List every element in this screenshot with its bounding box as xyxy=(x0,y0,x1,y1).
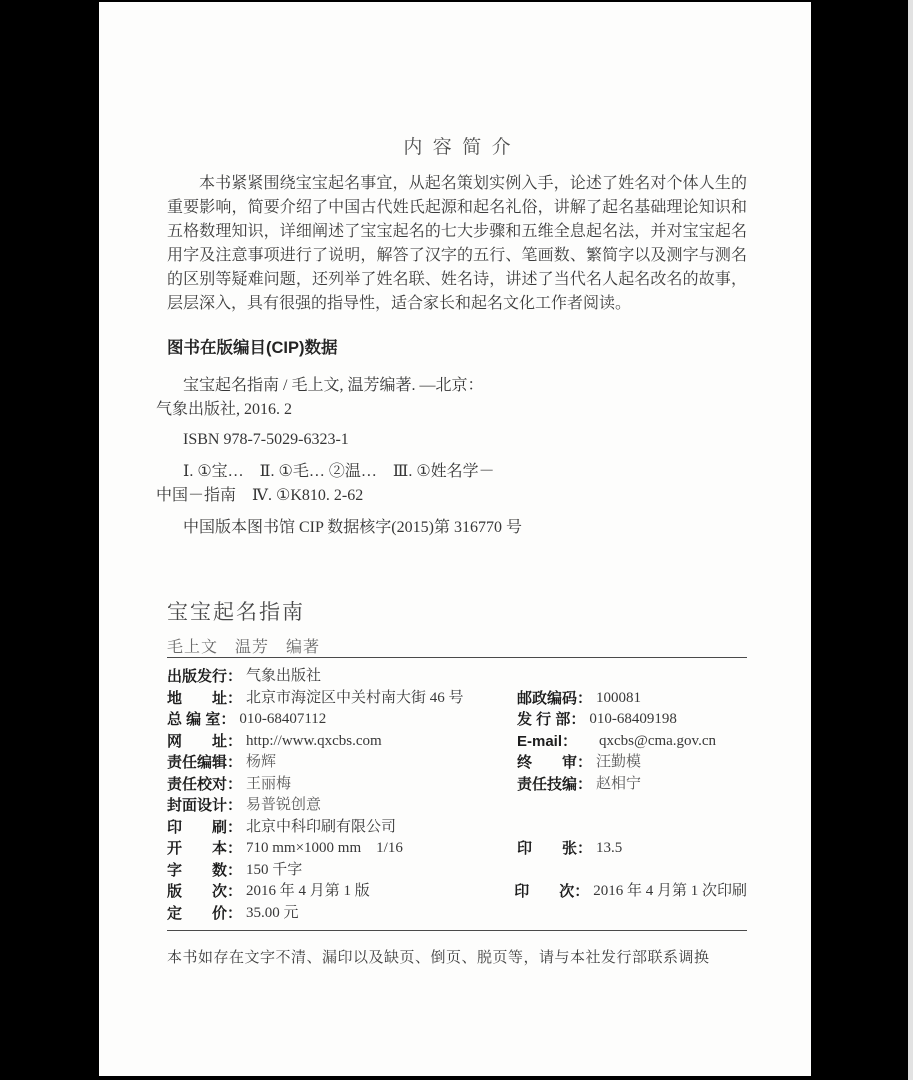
field-label: 总 编 室： xyxy=(167,709,235,731)
cip-isbn-line: ISBN 978-7-5029-6323-1 xyxy=(167,428,747,452)
field-label: 地 址： xyxy=(167,688,242,710)
colophon-row: 出版发行：气象出版社 xyxy=(167,666,747,688)
field-label: 版 次： xyxy=(167,881,242,903)
divider xyxy=(167,930,747,931)
colophon-row: 开 本：710 mm×1000 mm 1/16 印 张：13.5 xyxy=(167,838,747,860)
field-value: 赵相宁 xyxy=(592,774,641,796)
content-intro-heading: 内容简介 xyxy=(167,132,747,159)
cip-line: 气象出版社, 2016. 2 xyxy=(156,398,747,422)
cip-line: 宝宝起名指南 / 毛上文, 温芳编著. —北京： xyxy=(167,374,747,398)
colophon-row: 总 编 室：010-68407112 发 行 部：010-68409198 xyxy=(167,709,747,731)
book-title: 宝宝起名指南 xyxy=(167,596,747,626)
colophon-row: 定 价：35.00 元 xyxy=(167,903,747,925)
field-label: 开 本： xyxy=(167,838,242,860)
field-value: 2016 年 4 月第 1 次印刷 xyxy=(589,881,747,903)
cip-classification-line: Ⅰ. ①宝… Ⅱ. ①毛… ②温… Ⅲ. ①姓名学－ xyxy=(167,460,747,484)
cip-heading: 图书在版编目(CIP)数据 xyxy=(167,336,747,360)
cip-record-number-line: 中国版本图书馆 CIP 数据核字(2015)第 316770 号 xyxy=(167,516,747,540)
colophon-row: 版 次：2016 年 4 月第 1 版 印 次：2016 年 4 月第 1 次印… xyxy=(167,881,747,903)
colophon-row: 字 数：150 千字 xyxy=(167,860,747,882)
field-label: 责任技编： xyxy=(517,774,592,796)
field-label: 责任编辑： xyxy=(167,752,242,774)
field-label: 发 行 部： xyxy=(517,709,585,731)
colophon-row: 地 址：北京市海淀区中关村南大街 46 号 邮政编码：100081 xyxy=(167,688,747,710)
website-url: http://www.qxcbs.com xyxy=(242,731,382,753)
field-label: 邮政编码： xyxy=(517,688,592,710)
divider xyxy=(167,657,747,658)
field-value: 汪勤模 xyxy=(592,752,641,774)
field-label: 封面设计： xyxy=(167,795,242,817)
colophon-row: 封面设计：易普锐创意 xyxy=(167,795,747,817)
book-copyright-page: 内容简介 本书紧紧围绕宝宝起名事宜，从起名策划实例入手，论述了姓名对个体人生的重… xyxy=(99,2,811,1076)
field-value: 杨辉 xyxy=(242,752,276,774)
field-label: 印 次： xyxy=(514,881,589,903)
content-intro-paragraph: 本书紧紧围绕宝宝起名事宜，从起名策划实例入手，论述了姓名对个体人生的重要影响，简… xyxy=(167,172,747,316)
field-value: 010-68409198 xyxy=(585,709,677,731)
cip-data-block: 图书在版编目(CIP)数据 宝宝起名指南 / 毛上文, 温芳编著. —北京： 气… xyxy=(167,336,747,540)
scan-edge-strip xyxy=(908,0,913,1080)
field-value: 710 mm×1000 mm 1/16 xyxy=(242,838,403,860)
field-value: 010-68407112 xyxy=(235,709,326,731)
field-label: E-mail： xyxy=(517,731,577,753)
field-label: 印 刷： xyxy=(167,817,242,839)
field-value: 13.5 xyxy=(592,838,622,860)
field-value: 100081 xyxy=(592,688,641,710)
field-value: 35.00 元 xyxy=(242,903,299,925)
book-authors: 毛上文 温芳 编著 xyxy=(167,634,747,657)
field-value: 气象出版社 xyxy=(242,666,321,688)
field-label: 责任校对： xyxy=(167,774,242,796)
field-label: 字 数： xyxy=(167,860,242,882)
colophon-row: 责任校对：王丽梅 责任技编：赵相宁 xyxy=(167,774,747,796)
email-address: qxcbs@cma.gov.cn xyxy=(577,731,716,753)
cip-classification-line: 中国－指南 Ⅳ. ①K810. 2-62 xyxy=(156,484,747,508)
defect-exchange-note: 本书如存在文字不清、漏印以及缺页、倒页、脱页等，请与本社发行部联系调换 xyxy=(167,946,747,967)
field-label: 印 张： xyxy=(517,838,592,860)
field-value: 2016 年 4 月第 1 版 xyxy=(242,881,370,903)
field-label: 定 价： xyxy=(167,903,242,925)
field-value: 北京中科印刷有限公司 xyxy=(242,817,396,839)
field-label: 网 址： xyxy=(167,731,242,753)
book-title-block: 宝宝起名指南 毛上文 温芳 编著 xyxy=(167,596,747,657)
colophon-row: 责任编辑：杨辉 终 审：汪勤模 xyxy=(167,752,747,774)
field-label: 终 审： xyxy=(517,752,592,774)
field-value: 150 千字 xyxy=(242,860,302,882)
field-label: 出版发行： xyxy=(167,666,242,688)
colophon-row: 印 刷：北京中科印刷有限公司 xyxy=(167,817,747,839)
field-value: 北京市海淀区中关村南大街 46 号 xyxy=(242,688,464,710)
field-value: 易普锐创意 xyxy=(242,795,321,817)
field-value: 王丽梅 xyxy=(242,774,291,796)
colophon-row: 网 址：http://www.qxcbs.com E-mail：qxcbs@cm… xyxy=(167,731,747,753)
colophon-table: 出版发行：气象出版社 地 址：北京市海淀区中关村南大街 46 号 邮政编码：10… xyxy=(167,666,747,924)
